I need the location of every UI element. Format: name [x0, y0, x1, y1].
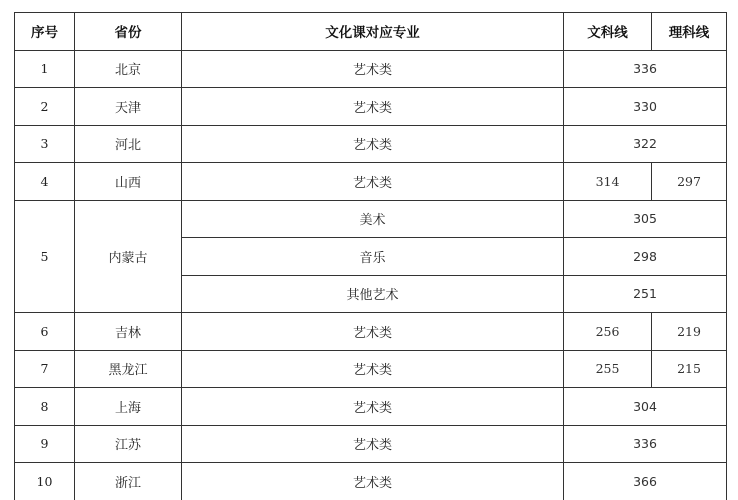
- header-major: 文化课对应专业: [182, 13, 564, 51]
- row-score-combined: 322: [564, 125, 727, 163]
- row-province: 浙江: [75, 463, 182, 500]
- row-major: 其他艺术: [182, 275, 564, 313]
- row-index: 10: [15, 463, 75, 500]
- row-province: 上海: [75, 388, 182, 426]
- row-score-combined: 330: [564, 88, 727, 126]
- table-row: 5 内蒙古 美术 305: [15, 200, 727, 238]
- row-index: 2: [15, 88, 75, 126]
- row-score-liberal-arts: 314: [564, 163, 652, 201]
- row-score-liberal-arts: 255: [564, 350, 652, 388]
- row-province: 江苏: [75, 425, 182, 463]
- row-major: 美术: [182, 200, 564, 238]
- table-row: 9 江苏 艺术类 336: [15, 425, 727, 463]
- row-index: 3: [15, 125, 75, 163]
- row-score-combined: 298: [564, 238, 727, 276]
- row-major: 艺术类: [182, 388, 564, 426]
- row-index: 9: [15, 425, 75, 463]
- row-index: 4: [15, 163, 75, 201]
- row-index: 5: [15, 200, 75, 313]
- header-science: 理科线: [652, 13, 727, 51]
- row-major: 艺术类: [182, 350, 564, 388]
- row-score-combined: 336: [564, 425, 727, 463]
- row-major: 艺术类: [182, 163, 564, 201]
- row-major: 艺术类: [182, 463, 564, 500]
- row-province: 内蒙古: [75, 200, 182, 313]
- score-table: 序号 省份 文化课对应专业 文科线 理科线 1 北京 艺术类 336 2 天津 …: [14, 12, 727, 500]
- table-row: 8 上海 艺术类 304: [15, 388, 727, 426]
- row-index: 6: [15, 313, 75, 351]
- header-row: 序号 省份 文化课对应专业 文科线 理科线: [15, 13, 727, 51]
- header-liberal-arts: 文科线: [564, 13, 652, 51]
- row-score-science: 219: [652, 313, 727, 351]
- table-row: 3 河北 艺术类 322: [15, 125, 727, 163]
- row-index: 1: [15, 50, 75, 88]
- row-score-combined: 366: [564, 463, 727, 500]
- row-score-science: 297: [652, 163, 727, 201]
- row-province: 山西: [75, 163, 182, 201]
- row-score-science: 215: [652, 350, 727, 388]
- row-major: 艺术类: [182, 88, 564, 126]
- header-province: 省份: [75, 13, 182, 51]
- row-major: 音乐: [182, 238, 564, 276]
- row-province: 河北: [75, 125, 182, 163]
- row-province: 吉林: [75, 313, 182, 351]
- table-row: 4 山西 艺术类 314 297: [15, 163, 727, 201]
- row-score-combined: 251: [564, 275, 727, 313]
- row-major: 艺术类: [182, 50, 564, 88]
- table-row: 1 北京 艺术类 336: [15, 50, 727, 88]
- row-major: 艺术类: [182, 313, 564, 351]
- row-index: 7: [15, 350, 75, 388]
- row-index: 8: [15, 388, 75, 426]
- row-province: 北京: [75, 50, 182, 88]
- header-index: 序号: [15, 13, 75, 51]
- row-major: 艺术类: [182, 425, 564, 463]
- table-row: 6 吉林 艺术类 256 219: [15, 313, 727, 351]
- table-row: 7 黑龙江 艺术类 255 215: [15, 350, 727, 388]
- row-score-combined: 336: [564, 50, 727, 88]
- row-province: 天津: [75, 88, 182, 126]
- table-row: 10 浙江 艺术类 366: [15, 463, 727, 500]
- table-row: 2 天津 艺术类 330: [15, 88, 727, 126]
- row-major: 艺术类: [182, 125, 564, 163]
- row-province: 黑龙江: [75, 350, 182, 388]
- row-score-liberal-arts: 256: [564, 313, 652, 351]
- row-score-combined: 305: [564, 200, 727, 238]
- row-score-combined: 304: [564, 388, 727, 426]
